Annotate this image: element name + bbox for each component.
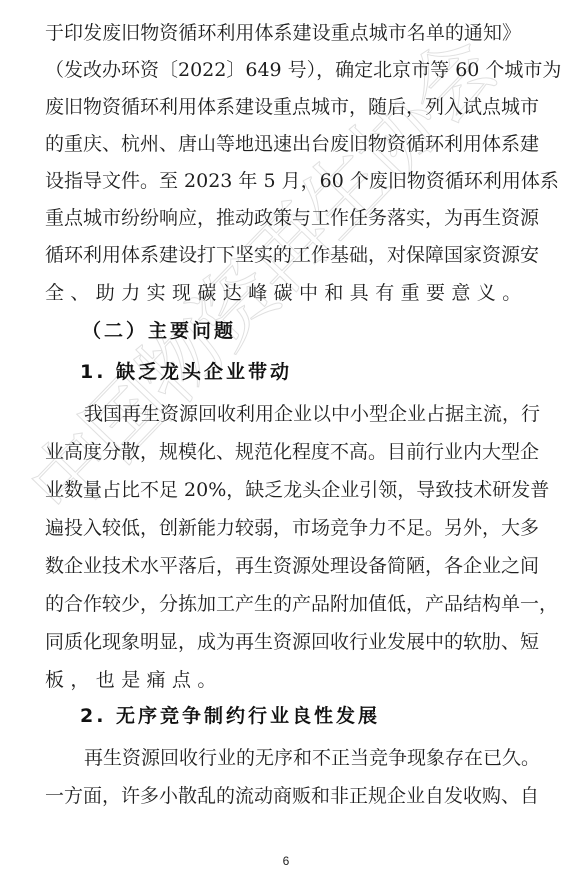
subsection-heading-2: 2. 无序竞争制约行业良性发展 — [80, 703, 380, 729]
text-line: 一方面，许多小散乱的流动商贩和非正规企业自发收购、自 — [45, 783, 521, 809]
document-page: 中国物资再生协会 于印发废旧物资循环利用体系建设重点城市名单的通知》 （发改办环… — [0, 0, 572, 875]
text-line: 同质化现象明显，成为再生资源回收行业发展中的软肋、短 — [45, 629, 521, 655]
text-line: 我国再生资源回收利用企业以中小型企业占据主流，行 — [84, 401, 521, 427]
text-line: 废旧物资循环利用体系建设重点城市，随后，列入试点城市 — [45, 94, 521, 120]
text-line: 于印发废旧物资循环利用体系建设重点城市名单的通知》 — [45, 20, 521, 46]
text-line: 业数量占比不足 20%，缺乏龙头企业引领，导致技术研发普 — [45, 477, 521, 503]
text-line: （发改办环资〔2022〕649 号），确定北京市等 60 个城市为 — [45, 57, 521, 83]
page-number: 6 — [0, 853, 572, 869]
text-line: 的合作较少，分拣加工产生的产品附加值低，产品结构单一， — [45, 591, 521, 617]
text-line: 全、助力实现碳达峰碳中和具有重要意义。 — [45, 280, 521, 306]
text-line: 再生资源回收行业的无序和不正当竞争现象存在已久。 — [84, 745, 521, 771]
subsection-heading-1: 1. 缺乏龙头企业带动 — [80, 359, 292, 385]
text-line: 设指导文件。至 2023 年 5 月，60 个废旧物资循环利用体系 — [45, 168, 521, 194]
text-line: 的重庆、杭州、唐山等地迅速出台废旧物资循环利用体系建 — [45, 131, 521, 157]
text-line: 板，也是痛点。 — [45, 667, 521, 693]
text-line: 业高度分散，规模化、规范化程度不高。目前行业内大型企 — [45, 439, 521, 465]
text-line: 数企业技术水平落后，再生资源处理设备简陋，各企业之间 — [45, 553, 521, 579]
text-line: 循环利用体系建设打下坚实的工作基础，对保障国家资源安 — [45, 242, 521, 268]
text-line: 遍投入较低，创新能力较弱，市场竞争力不足。另外，大多 — [45, 515, 521, 541]
section-heading-main-problems: （二）主要问题 — [82, 318, 236, 344]
text-line: 重点城市纷纷响应，推动政策与工作任务落实，为再生资源 — [45, 205, 521, 231]
